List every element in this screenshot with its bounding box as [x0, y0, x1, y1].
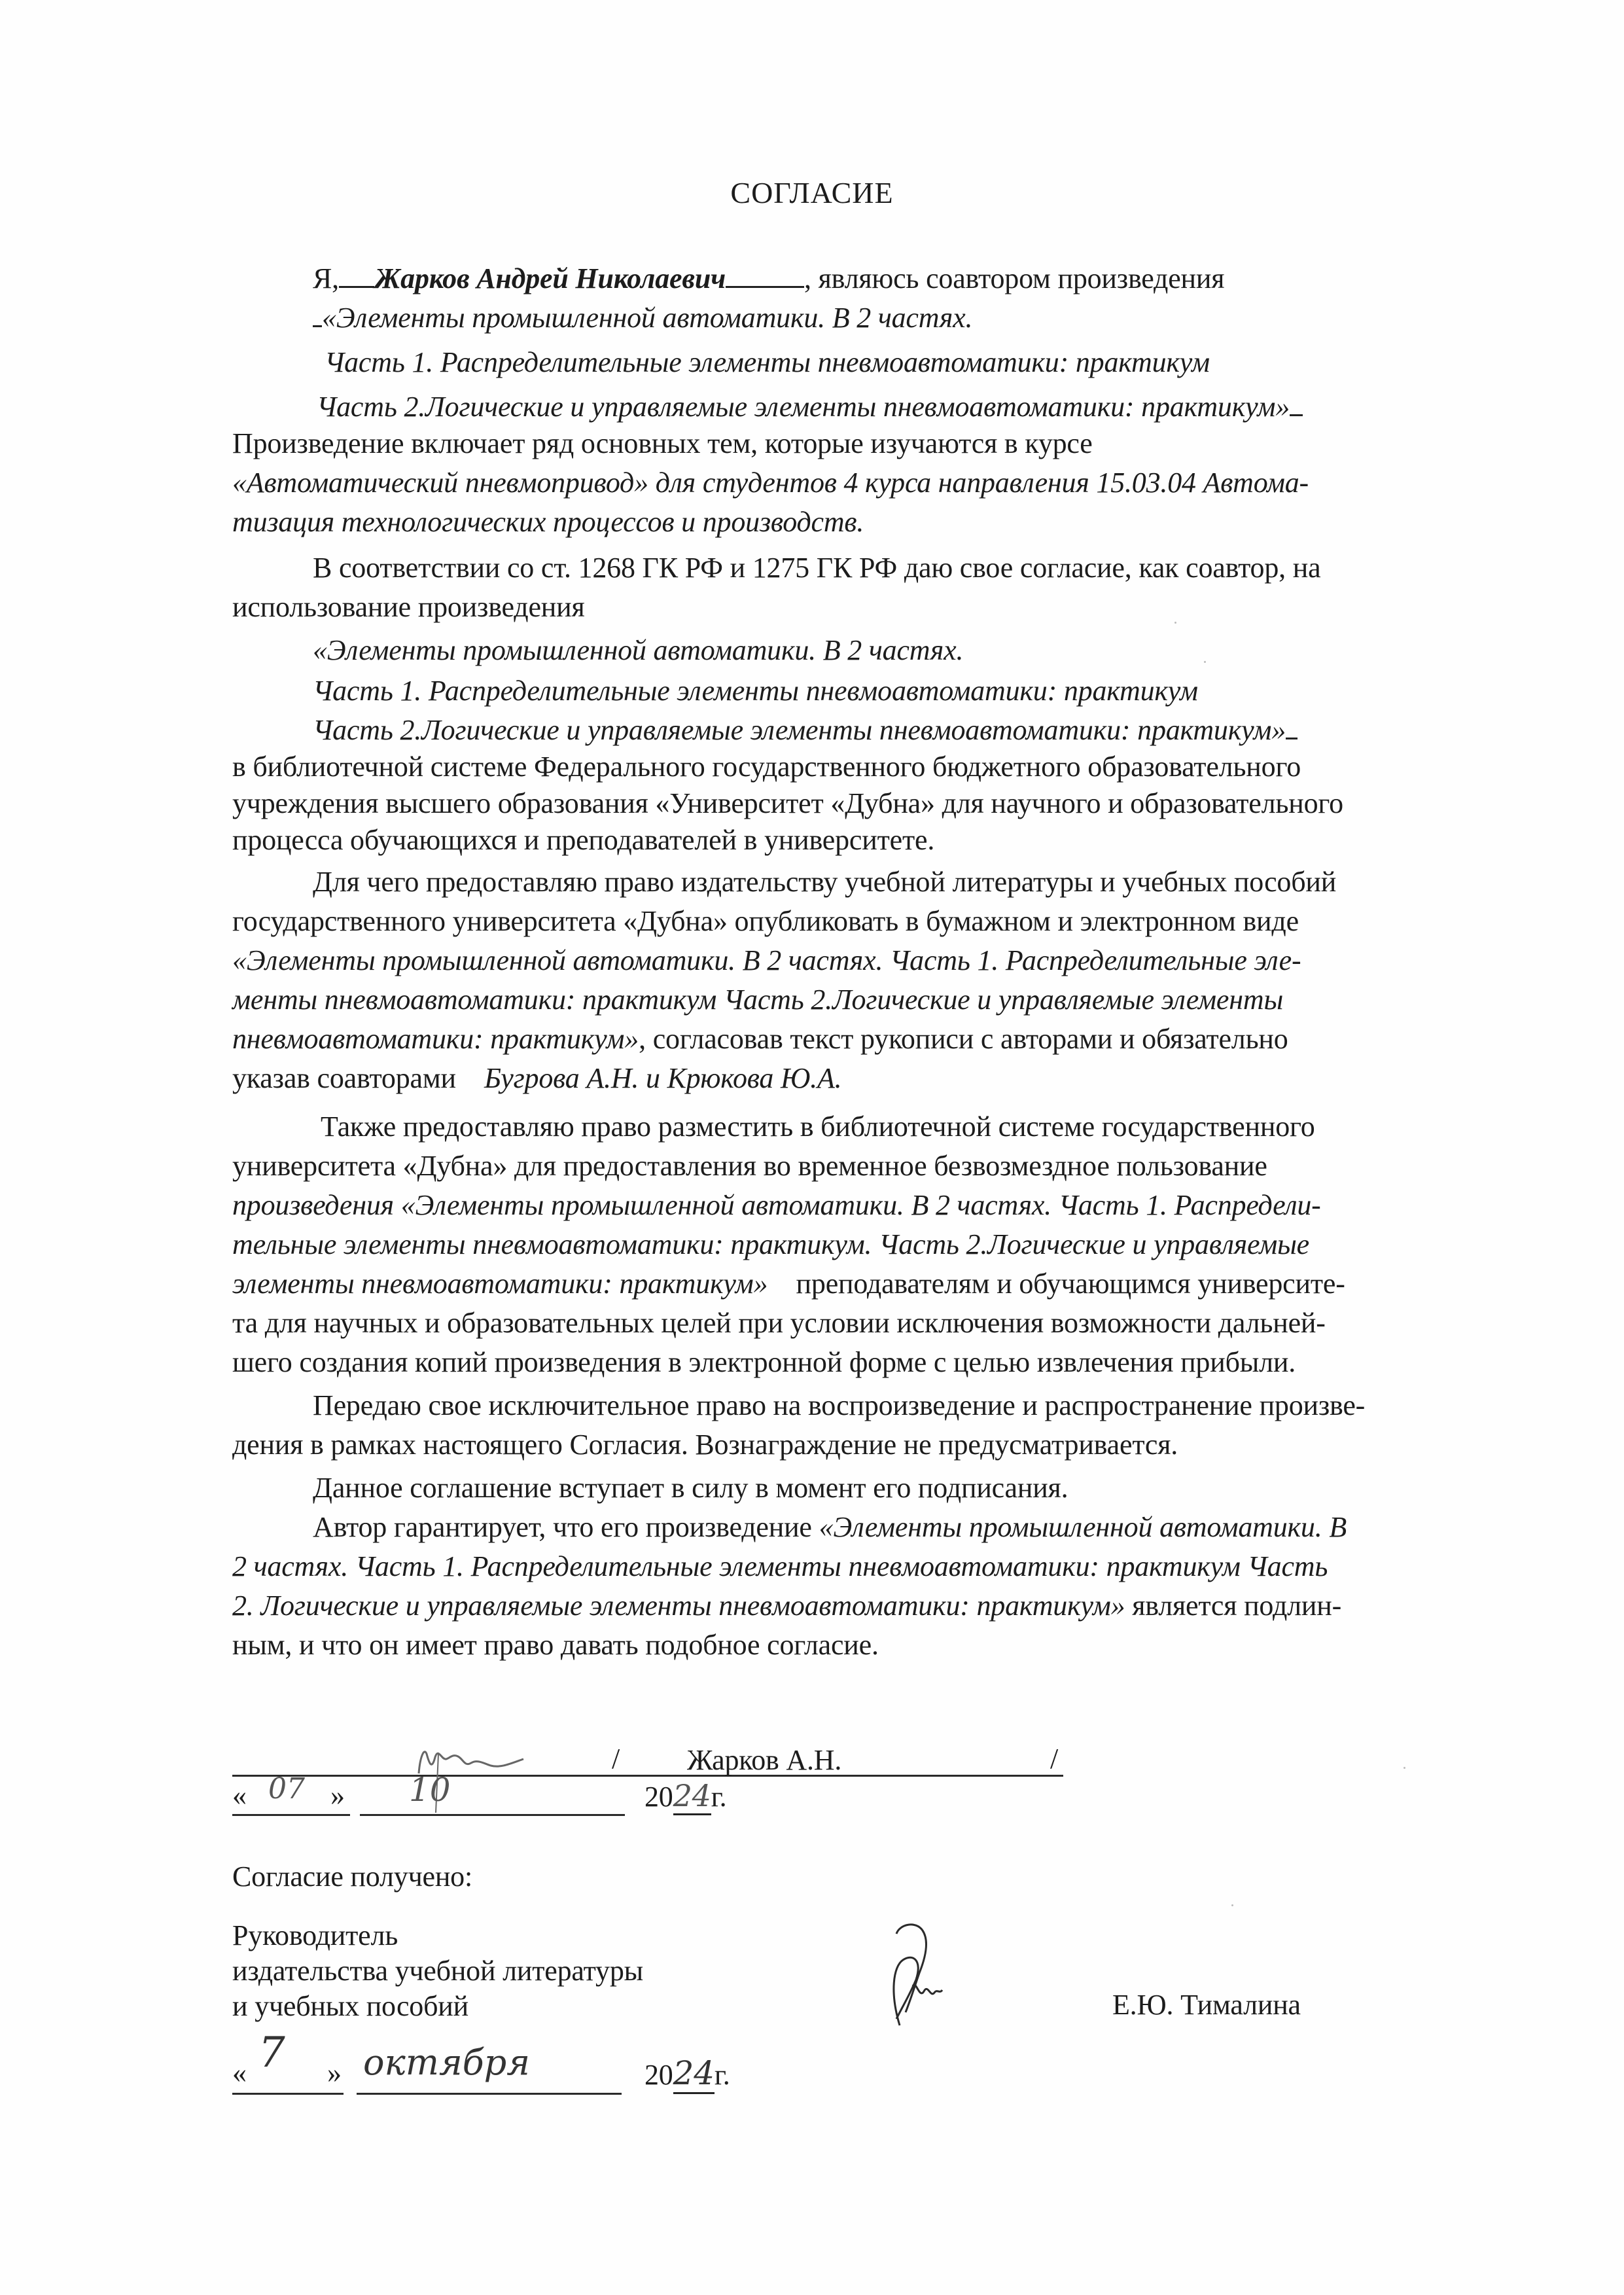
library-line-5: элементы пневмоавтоматики: практикум» пр… [232, 1266, 1345, 1302]
author-date-year-unit: г. [711, 1781, 727, 1813]
receipt-role-line-2: издательства учебной литературы [232, 1953, 643, 1989]
author-date-day: 07 [268, 1772, 305, 1806]
publisher-handwritten-signature [864, 1921, 1008, 2032]
author-date-close-quote: » [330, 1777, 345, 1814]
receipt-date-year: 2024г. [644, 2055, 730, 2093]
receipt-date-year-prefix: 20 [644, 2059, 673, 2091]
consent-work-title: Часть 2.Логические и управляемые элемент… [313, 714, 1286, 746]
author-date-year-prefix: 20 [644, 1781, 673, 1813]
author-date-month-line [360, 1814, 625, 1816]
publish-work-title-end: пневмоавтоматики: практикум» [232, 1023, 639, 1055]
guarantee-work-title-end: 2. Логические и управляемые элементы пне… [232, 1590, 1125, 1622]
author-date-year-suffix: 24 [673, 1778, 711, 1815]
author-short-name: Жарков А.Н. [687, 1742, 841, 1779]
publish-line-5: пневмоавтоматики: практикум», согласовав… [232, 1021, 1288, 1058]
publish-line-1: Для чего предоставляю право издательству… [313, 864, 1336, 900]
author-date-year: 2024г. [644, 1777, 726, 1815]
guarantee-line-4: ным, и что он имеет право давать подобно… [232, 1627, 879, 1663]
guarantee-text: Автор гарантирует, что его произведение [313, 1511, 819, 1543]
author-sign-separator-1: / [612, 1741, 620, 1777]
coauthors-names: Бугрова А.Н. и Крюкова Ю.А. [484, 1062, 841, 1094]
consent-line-7: учреждения высшего образования «Универси… [232, 785, 1343, 822]
consent-line-2: использование произведения [232, 589, 585, 626]
course-line-1: Произведение включает ряд основных тем, … [232, 425, 1093, 462]
publish-line-3: «Элементы промышленной автоматики. В 2 ч… [232, 942, 1301, 979]
work-title-line-1: «Элементы промышленной автоматики. В 2 ч… [313, 300, 972, 336]
receipt-role-line-3: и учебных пособий [232, 1988, 468, 2025]
receipt-date-month-line [357, 2093, 622, 2095]
scan-speck [1403, 1767, 1405, 1769]
guarantee-work-title: «Элементы промышленной автоматики. В [819, 1511, 1347, 1543]
author-sign-separator-2: / [1050, 1741, 1058, 1777]
publish-line-2: государственного университета «Дубна» оп… [232, 903, 1299, 940]
receipt-date-year-suffix: 24 [673, 2054, 715, 2094]
library-text: преподавателям и обучающимся университе- [796, 1268, 1345, 1300]
receipt-date-day: 7 [258, 2029, 285, 2077]
receipt-date-year-unit: г. [715, 2059, 730, 2091]
course-line-2: «Автоматический пневмопривод» для студен… [232, 465, 1309, 501]
intro-line: Я,Жарков Андрей Николаевич, являюсь соав… [313, 260, 1224, 297]
work-title-text: Часть 2.Логические и управляемые элемент… [317, 391, 1290, 423]
publish-text: , согласовав текст рукописи с авторами и… [639, 1023, 1288, 1055]
library-line-2: университета «Дубна» для предоставления … [232, 1148, 1267, 1184]
consent-line-8: процесса обучающихся и преподавателей в … [232, 822, 934, 859]
library-line-7: шего создания копий произведения в элект… [232, 1344, 1296, 1381]
transfer-line-1: Передаю свое исключительное право на вос… [313, 1387, 1365, 1424]
scan-speck [1231, 1904, 1233, 1906]
transfer-line-2: дения в рамках настоящего Согласия. Возн… [232, 1427, 1178, 1463]
intro-prefix: Я, [313, 262, 339, 294]
course-line-3: тизация технологических процессов и прои… [232, 504, 864, 541]
guarantee-line-3: 2. Логические и управляемые элементы пне… [232, 1588, 1341, 1624]
author-date-month: 10 [409, 1771, 451, 1809]
library-line-4: тельные элементы пневмоавтоматики: практ… [232, 1226, 1309, 1263]
work-title-text: «Элементы промышленной автоматики. В 2 ч… [322, 302, 972, 334]
receipt-date-open-quote: « [232, 2055, 247, 2091]
consent-line-6: в библиотечной системе Федерального госу… [232, 749, 1301, 785]
author-date-open-quote: « [232, 1777, 247, 1814]
scan-speck [1204, 661, 1206, 663]
scan-speck [1174, 622, 1176, 624]
library-line-3: произведения «Элементы промышленной авто… [232, 1187, 1321, 1224]
work-title-line-3: Часть 2.Логические и управляемые элемент… [317, 389, 1303, 425]
receipt-heading: Согласие получено: [232, 1859, 472, 1895]
effect-line-1: Данное соглашение вступает в силу в моме… [313, 1470, 1068, 1506]
receipt-date-month: октября [363, 2042, 530, 2083]
intro-suffix: , являюсь соавтором произведения [804, 262, 1224, 294]
library-work-title-end: элементы пневмоавтоматики: практикум» [232, 1268, 768, 1300]
consent-line-1: В соответствии со ст. 1268 ГК РФ и 1275 … [313, 550, 1320, 586]
author-date-day-line [232, 1814, 350, 1816]
author-full-name: Жарков Андрей Николаевич [374, 262, 726, 294]
work-title-line-2: Часть 1. Распределительные элементы пнев… [325, 344, 1210, 381]
author-signature-line [232, 1775, 1063, 1777]
document-page: СОГЛАСИЕ Я,Жарков Андрей Николаевич, явл… [0, 0, 1624, 2295]
receipt-date-close-quote: » [327, 2055, 342, 2091]
publish-line-4: менты пневмоавтоматики: практикум Часть … [232, 982, 1283, 1018]
guarantee-text: является подлин- [1125, 1590, 1341, 1622]
library-line-1: Также предоставляю право разместить в би… [321, 1109, 1315, 1145]
publish-line-6: указав соавторами Бугрова А.Н. и Крюкова… [232, 1060, 841, 1097]
consent-line-3: «Элементы промышленной автоматики. В 2 ч… [313, 632, 963, 669]
publish-text: указав соавторами [232, 1062, 456, 1094]
receipt-date-day-line [232, 2093, 344, 2095]
guarantee-line-1: Автор гарантирует, что его произведение … [313, 1509, 1347, 1546]
consent-line-4: Часть 1. Распределительные элементы пнев… [313, 673, 1198, 709]
consent-line-5: Часть 2.Логические и управляемые элемент… [313, 712, 1297, 749]
guarantee-line-2: 2 частях. Часть 1. Распределительные эле… [232, 1548, 1328, 1585]
document-title: СОГЛАСИЕ [0, 175, 1624, 210]
library-line-6: та для научных и образовательных целей п… [232, 1305, 1326, 1342]
receipt-role-line-1: Руководитель [232, 1917, 398, 1954]
publisher-head-name: Е.Ю. Тималина [1112, 1987, 1301, 2023]
